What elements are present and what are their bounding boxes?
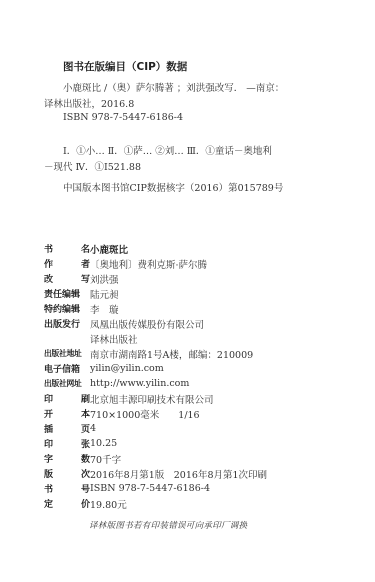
colophon-row: 作者〔奥地利〕费利克斯·萨尔腾 [44, 256, 267, 271]
colophon-label-char: 特约编辑 [44, 302, 80, 315]
colophon-label-char: 数 [81, 452, 90, 465]
colophon-label-char: 次 [81, 467, 90, 480]
cip-line: ISBN 978-7-5447-6186-4 [63, 112, 183, 123]
colophon-label: 书名 [44, 242, 90, 255]
colophon-value: ISBN 978-7-5447-6186-4 [90, 483, 210, 494]
colophon-label-char: 本 [81, 407, 90, 420]
colophon-label-char: 字 [44, 452, 53, 465]
colophon-row: 特约编辑李 璇 [44, 301, 267, 316]
colophon-row: 出版社地址南京市湖南路1号A楼，邮编：210009 [44, 346, 267, 361]
colophon-label-char: 印 [44, 392, 53, 405]
colophon-value: 李 璇 [90, 302, 119, 316]
colophon-label-char: 号 [81, 482, 90, 495]
colophon-label-char: 印 [44, 437, 53, 450]
colophon-value: 译林出版社 [90, 332, 138, 346]
cip-line: 译林出版社，2016.8 [44, 96, 134, 110]
colophon-value: 4 [90, 423, 96, 434]
colophon-label-char: 写 [81, 272, 90, 285]
colophon-value: 19.80元 [90, 497, 127, 511]
colophon-value: 10.25 [90, 438, 117, 449]
colophon-label-char: 电子信箱 [44, 362, 80, 375]
colophon-label: 印刷 [44, 392, 90, 405]
colophon-label: 出版社网址 [44, 378, 90, 389]
colophon-label-char: 价 [81, 497, 90, 510]
colophon-value: 70千字 [90, 452, 121, 466]
colophon-label: 书号 [44, 482, 90, 495]
colophon-label: 责任编辑 [44, 287, 90, 300]
colophon-table: 书名小鹿斑比作者〔奥地利〕费利克斯·萨尔腾改写刘洪强责任编辑陆元昶特约编辑李 璇… [44, 241, 267, 511]
colophon-row: 字数70千字 [44, 451, 267, 466]
colophon-row: 译林出版社 [44, 331, 267, 346]
colophon-label: 印张 [44, 437, 90, 450]
colophon-label: 电子信箱 [44, 362, 90, 375]
cip-approval-number: 中国版本图书馆CIP数据核字（2016）第015789号 [63, 180, 283, 194]
colophon-row: 责任编辑陆元昶 [44, 286, 267, 301]
colophon-label-char: 开 [44, 407, 53, 420]
colophon-row: 插页4 [44, 421, 267, 436]
colophon-value: 刘洪强 [90, 272, 119, 286]
colophon-label-char: 出版社网址 [44, 378, 81, 389]
colophon-value: 2016年8月第1版 2016年8月第1次印刷 [90, 467, 267, 481]
colophon-value: 陆元昶 [90, 287, 119, 301]
colophon-value: 710×1000毫米 1/16 [90, 407, 200, 421]
colophon-row: 出版发行凤凰出版传媒股份有限公司 [44, 316, 267, 331]
colophon-value: 北京旭丰源印刷技术有限公司 [90, 392, 214, 406]
colophon-row: 定价19.80元 [44, 496, 267, 511]
cip-title: 图书在版编目（CIP）数据 [63, 59, 187, 74]
colophon-label: 特约编辑 [44, 302, 90, 315]
cip-line: Ⅰ．①小… Ⅱ．①萨… ②刘… Ⅲ．①童话－奥地利 [63, 143, 272, 157]
colophon-label-char: 版 [44, 467, 53, 480]
colophon-label-char: 张 [81, 437, 90, 450]
colophon-label: 出版发行 [44, 317, 90, 330]
colophon-label-char: 改 [44, 272, 53, 285]
colophon-label: 改写 [44, 272, 90, 285]
colophon-label-char: 名 [81, 242, 90, 255]
colophon-label: 版次 [44, 467, 90, 480]
colophon-row: 书名小鹿斑比 [44, 241, 267, 256]
colophon-value: 南京市湖南路1号A楼，邮编：210009 [90, 347, 253, 361]
colophon-row: 电子信箱yilin@yilin.com [44, 361, 267, 376]
colophon-label-char: 出版社地址 [44, 348, 81, 359]
colophon-label: 字数 [44, 452, 90, 465]
colophon-row: 书号ISBN 978-7-5447-6186-4 [44, 481, 267, 496]
colophon-label-char: 定 [44, 497, 53, 510]
colophon-value: 凤凰出版传媒股份有限公司 [90, 317, 204, 331]
colophon-label: 作者 [44, 257, 90, 270]
colophon-row: 改写刘洪强 [44, 271, 267, 286]
colophon-label: 定价 [44, 497, 90, 510]
cip-line: 小鹿斑比 /（奥）萨尔腾著 ；刘洪强改写． —南京： [63, 80, 284, 94]
colophon-value: yilin@yilin.com [90, 363, 164, 374]
colophon-label-char: 责任编辑 [44, 287, 80, 300]
colophon-label-char: 作 [44, 257, 53, 270]
colophon-label-char: 者 [81, 257, 90, 270]
colophon-value: 〔奥地利〕费利克斯·萨尔腾 [90, 257, 207, 271]
colophon-label-char: 书 [44, 242, 53, 255]
colophon-label-char: 页 [81, 422, 90, 435]
colophon-label-char: 刷 [81, 392, 90, 405]
colophon-row: 开本710×1000毫米 1/16 [44, 406, 267, 421]
colophon-label: 插页 [44, 422, 90, 435]
colophon-label: 出版社地址 [44, 348, 90, 359]
colophon-row: 印刷北京旭丰源印刷技术有限公司 [44, 391, 267, 406]
colophon-label-char: 插 [44, 422, 53, 435]
colophon-row: 出版社网址http://www.yilin.com [44, 376, 267, 391]
colophon-label-char: 出版发行 [44, 317, 80, 330]
colophon-value: http://www.yilin.com [90, 378, 189, 389]
colophon-label: 开本 [44, 407, 90, 420]
colophon-row: 版次2016年8月第1版 2016年8月第1次印刷 [44, 466, 267, 481]
colophon-row: 印张10.25 [44, 436, 267, 451]
colophon-value: 小鹿斑比 [90, 242, 128, 256]
colophon-label-char: 书 [44, 482, 53, 495]
replacement-notice: 译林版图书若有印装错误可向承印厂调换 [89, 519, 247, 531]
cip-line: －现代 Ⅳ．①I521.88 [44, 159, 141, 173]
